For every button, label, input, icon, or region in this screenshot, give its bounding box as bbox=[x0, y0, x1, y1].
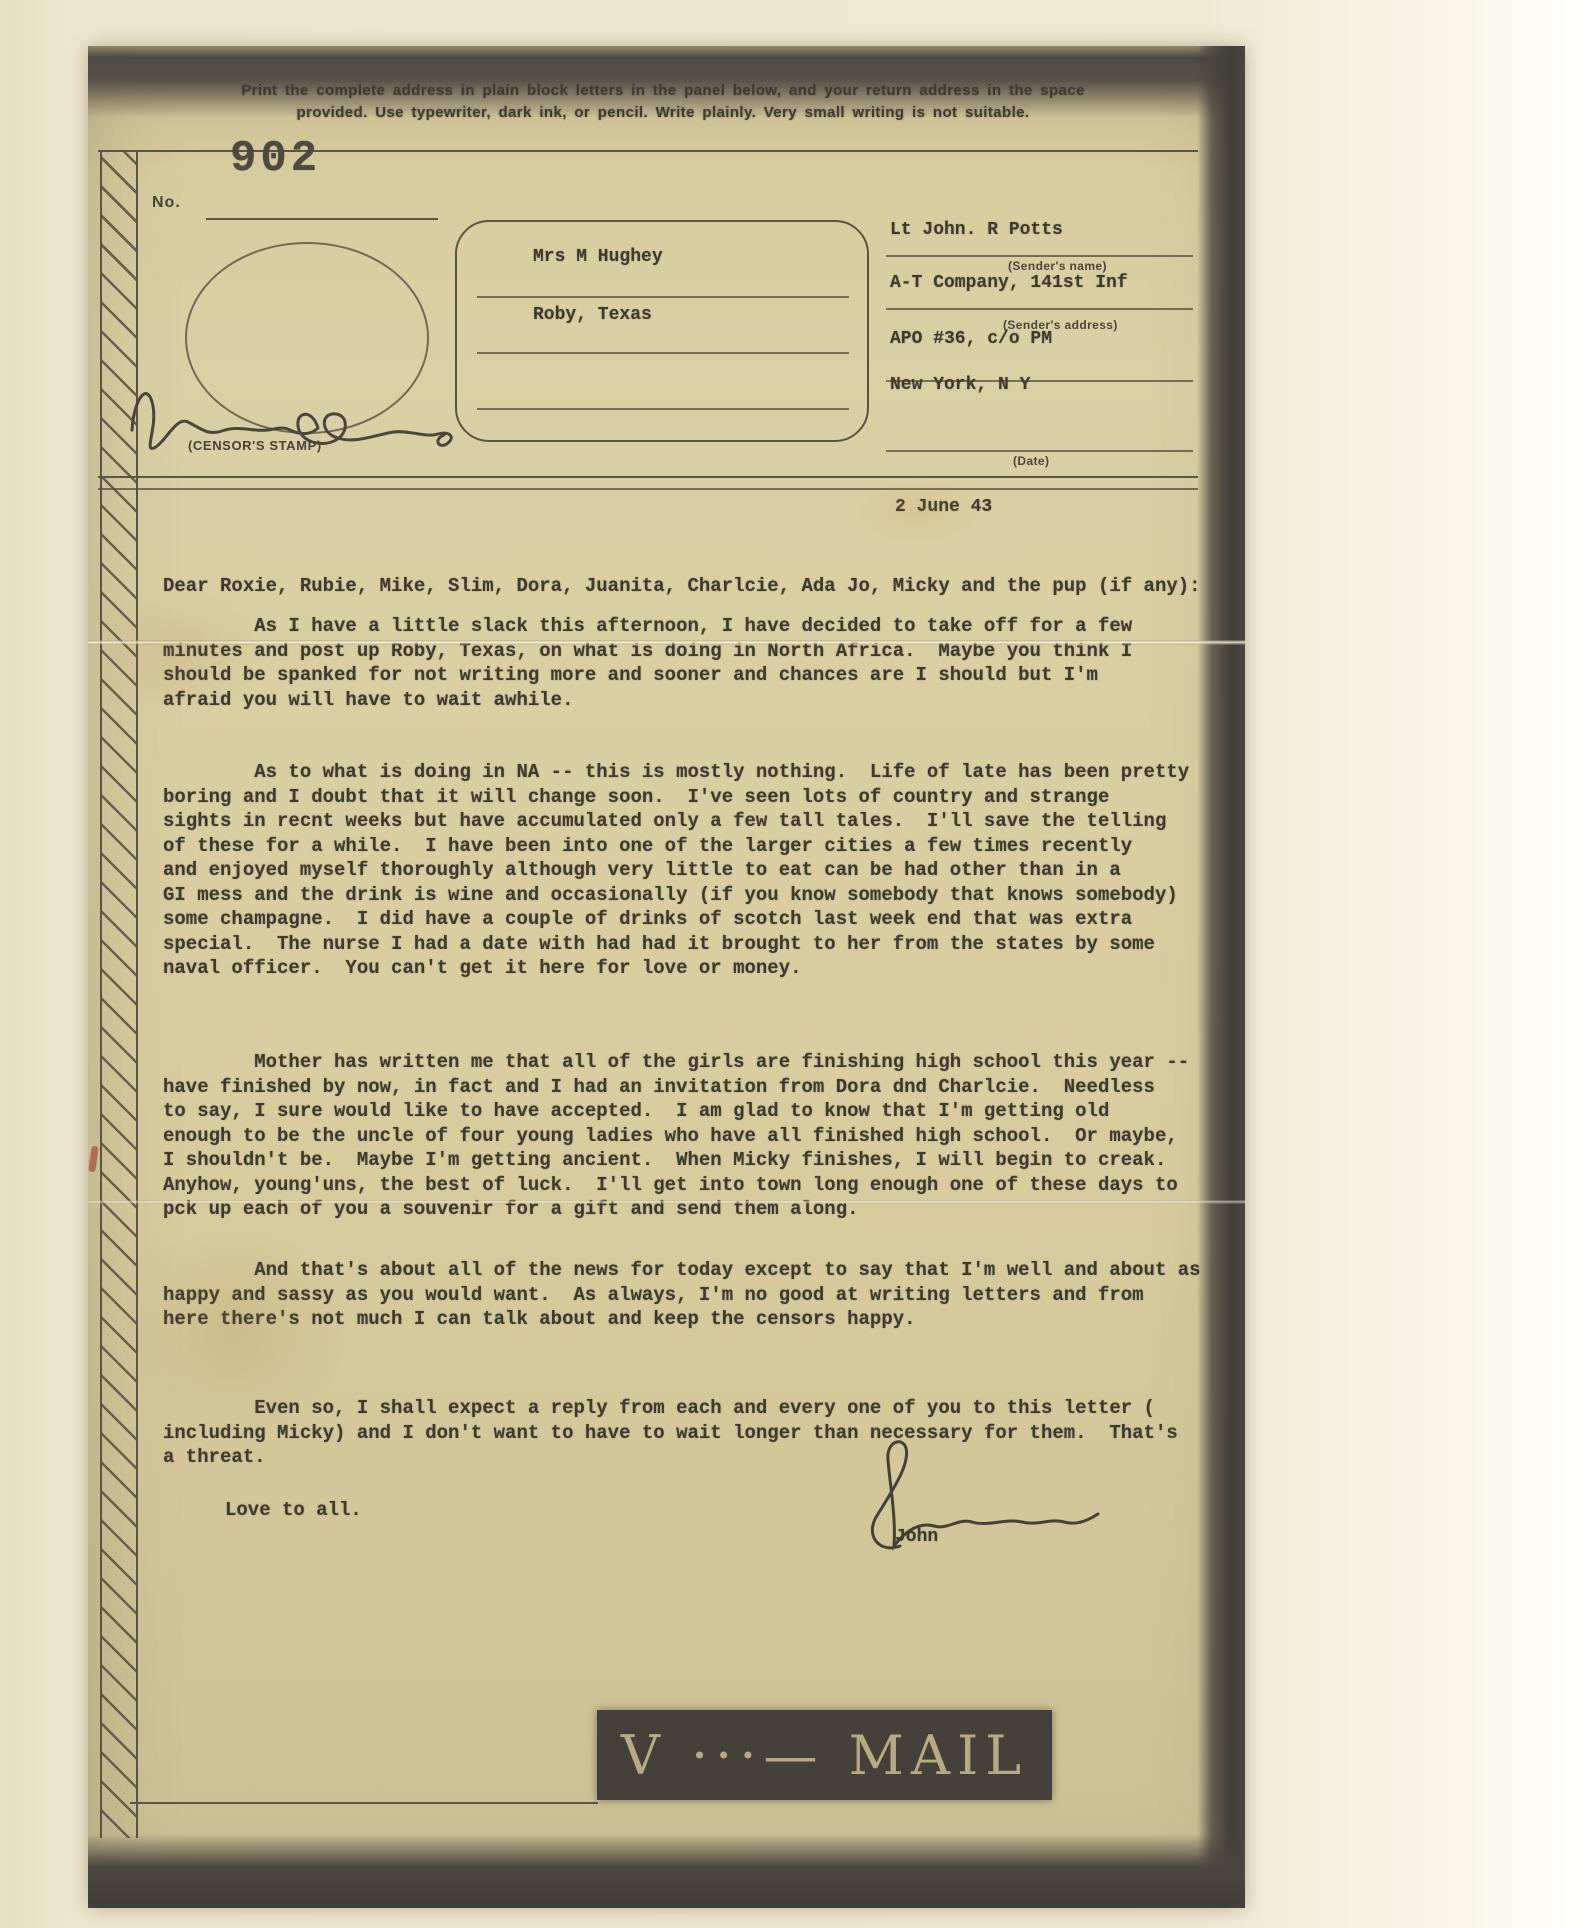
header-bottom-rule-1 bbox=[98, 476, 1198, 478]
header-bottom-rule-2 bbox=[98, 488, 1198, 490]
bottom-dark-band bbox=[88, 1834, 1245, 1908]
addressee-name: Mrs M Hughey bbox=[533, 246, 663, 268]
form-instructions-line2: provided. Use typewriter, dark ink, or p… bbox=[168, 102, 1158, 124]
signature-name: John bbox=[895, 1526, 938, 1548]
serial-number-value: 902 bbox=[230, 134, 321, 184]
sender-name-label: (Sender's name) bbox=[1008, 259, 1107, 273]
sender-name-rule bbox=[886, 255, 1193, 257]
paragraph-4: And that's about all of the news for tod… bbox=[163, 1258, 1248, 1332]
addressee-city: Roby, Texas bbox=[533, 304, 652, 326]
addressee-rule-3 bbox=[477, 408, 849, 410]
paragraph-3: Mother has written me that all of the gi… bbox=[163, 1050, 1248, 1222]
sender-date-label: (Date) bbox=[1013, 454, 1049, 468]
sender-date-rule bbox=[886, 450, 1193, 452]
banner-left-rule bbox=[130, 1802, 598, 1804]
letter-date: 2 June 43 bbox=[895, 496, 992, 518]
vmail-logo-text: V ···— MAIL bbox=[621, 1724, 1028, 1787]
addressee-rule-2 bbox=[477, 352, 849, 354]
sender-apo-line: APO #36, c/o PM bbox=[890, 328, 1052, 350]
photostat-page: Print the complete address in plain bloc… bbox=[88, 46, 1245, 1908]
red-edge-mark bbox=[88, 1146, 99, 1173]
salutation: Dear Roxie, Rubie, Mike, Slim, Dora, Jua… bbox=[163, 574, 1248, 599]
vmail-banner: V ···— MAIL bbox=[597, 1710, 1052, 1800]
addressee-rule-1 bbox=[477, 296, 849, 298]
sender-unit-rule bbox=[886, 308, 1193, 310]
paragraph-1: As I have a little slack this afternoon,… bbox=[163, 614, 1248, 712]
sender-city: New York, N Y bbox=[890, 374, 1030, 396]
serial-number-label: No. bbox=[152, 194, 181, 212]
form-instructions-line1: Print the complete address in plain bloc… bbox=[168, 80, 1158, 102]
scanned-vmail-letter: Print the complete address in plain bloc… bbox=[0, 0, 1585, 1928]
closing-line: Love to all. bbox=[225, 1498, 1310, 1523]
censor-stamp-label: (CENSOR'S STAMP) bbox=[188, 438, 322, 453]
form-instructions: Print the complete address in plain bloc… bbox=[168, 80, 1158, 124]
sender-name: Lt John. R Potts bbox=[890, 219, 1063, 241]
john-signature-scribble bbox=[838, 1434, 1118, 1552]
paragraph-2: As to what is doing in NA -- this is mos… bbox=[163, 760, 1248, 981]
serial-number-rule bbox=[206, 218, 438, 220]
sender-unit: A-T Company, 141st Inf bbox=[890, 272, 1128, 294]
